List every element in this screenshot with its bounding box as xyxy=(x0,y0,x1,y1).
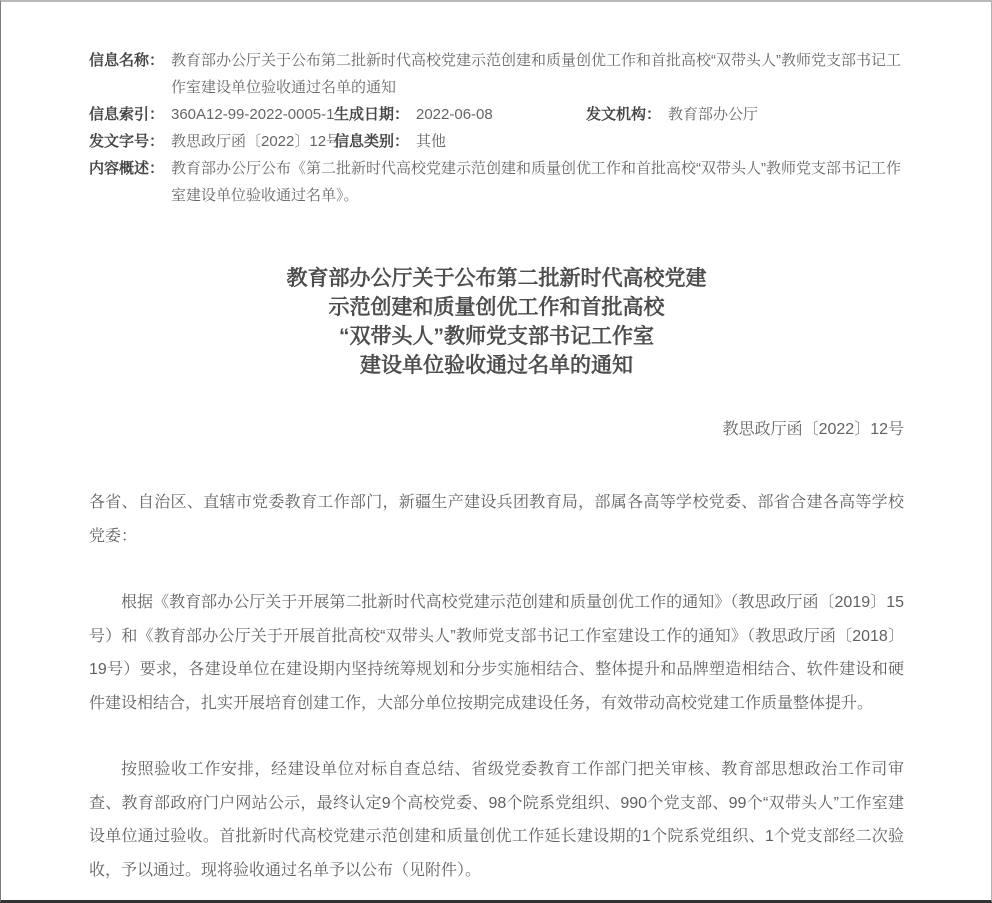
meta-label-content-summary: 内容概述： xyxy=(89,155,171,182)
document-content: 信息名称： 教育部办公厅关于公布第二批新时代高校党建示范创建和质量创优工作和首批… xyxy=(1,47,991,887)
document-reference-number: 教思政厅函〔2022〕12号 xyxy=(89,420,904,440)
meta-row-docnum-category: 发文字号： 教思政厅函〔2022〕12号 信息类别： 其他 xyxy=(89,128,904,155)
meta-label-info-index: 信息索引： xyxy=(89,101,171,128)
meta-value-content-summary: 教育部办公厅公布《第二批新时代高校党建示范创建和质量创优工作和首批高校“双带头人… xyxy=(171,155,904,209)
meta-value-issuing-agency: 教育部办公厅 xyxy=(668,101,904,128)
meta-value-info-name: 教育部办公厅关于公布第二批新时代高校党建示范创建和质量创优工作和首批高校“双带头… xyxy=(171,47,904,101)
meta-label-generate-date: 生成日期： xyxy=(334,101,416,128)
page-title-line-3: “双带头人”教师党支部书记工作室 xyxy=(89,322,904,351)
page-title-line-1: 教育部办公厅关于公布第二批新时代高校党建 xyxy=(89,264,904,293)
body-paragraph-2: 按照验收工作安排，经建设单位对标自查总结、省级党委教育工作部门把关审核、教育部思… xyxy=(89,753,904,887)
meta-row-index-date-agency: 信息索引： 360A12-99-2022-0005-1 生成日期： 2022-0… xyxy=(89,101,904,128)
meta-label-doc-number: 发文字号： xyxy=(89,128,171,155)
page-title-line-2: 示范创建和质量创优工作和首批高校 xyxy=(89,293,904,322)
metadata-block: 信息名称： 教育部办公厅关于公布第二批新时代高校党建示范创建和质量创优工作和首批… xyxy=(89,47,904,209)
document-body: 各省、自治区、直辖市党委教育工作部门，新疆生产建设兵团教育局，部属各高等学校党委… xyxy=(89,486,904,887)
meta-label-issuing-agency: 发文机构： xyxy=(586,101,668,128)
meta-label-info-name: 信息名称： xyxy=(89,47,171,74)
meta-row-summary: 内容概述： 教育部办公厅公布《第二批新时代高校党建示范创建和质量创优工作和首批高… xyxy=(89,155,904,209)
meta-value-doc-number: 教思政厅函〔2022〕12号 xyxy=(171,128,334,155)
meta-value-info-category: 其他 xyxy=(416,128,904,155)
salutation-paragraph: 各省、自治区、直辖市党委教育工作部门，新疆生产建设兵团教育局，部属各高等学校党委… xyxy=(89,486,904,553)
body-paragraph-1: 根据《教育部办公厅关于开展第二批新时代高校党建示范创建和质量创优工作的通知》（教… xyxy=(89,586,904,720)
page-title-line-4: 建设单位验收通过名单的通知 xyxy=(89,351,904,380)
meta-label-info-category: 信息类别： xyxy=(334,128,416,155)
document-page: 信息名称： 教育部办公厅关于公布第二批新时代高校党建示范创建和质量创优工作和首批… xyxy=(0,0,992,903)
page-title: 教育部办公厅关于公布第二批新时代高校党建 示范创建和质量创优工作和首批高校 “双… xyxy=(89,264,904,380)
meta-value-info-index: 360A12-99-2022-0005-1 xyxy=(171,101,334,128)
meta-row-name: 信息名称： 教育部办公厅关于公布第二批新时代高校党建示范创建和质量创优工作和首批… xyxy=(89,47,904,101)
meta-value-generate-date: 2022-06-08 xyxy=(416,101,586,128)
